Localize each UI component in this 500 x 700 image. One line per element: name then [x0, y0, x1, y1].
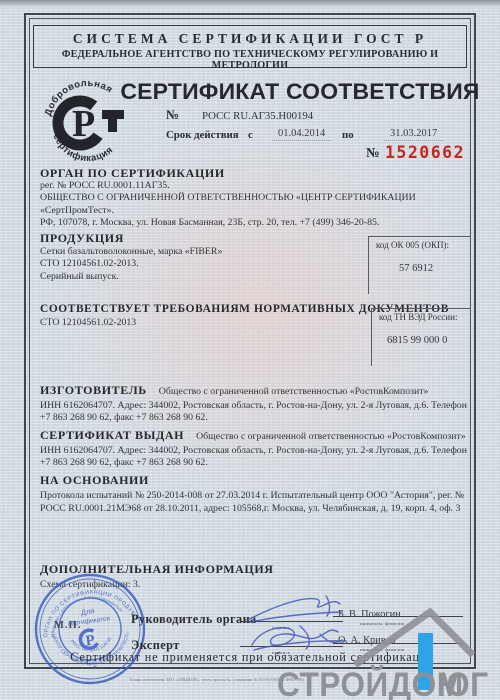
basis-text: Протокола испытаний № 250-2014-008 от 27… [40, 489, 474, 515]
system-title: СИСТЕМА СЕРТИФИКАЦИИ ГОСТ Р [34, 31, 466, 47]
svg-text:Р: Р [72, 103, 95, 145]
valid-from-date: 01.04.2014 [272, 128, 331, 141]
watermark-part2: ЮГ [437, 666, 488, 700]
manufacturer-name: Общество с ограниченной ответственностью… [159, 386, 429, 397]
org-address: РФ, 107078, г. Москва, ул. Новая Басманн… [40, 217, 472, 229]
validity-with-label: с [248, 129, 253, 141]
watermark-roof-icon [345, 595, 485, 675]
agency-title: ФЕДЕРАЛЬНОЕ АГЕНТСТВО ПО ТЕХНИЧЕСКОМУ РЕ… [34, 49, 466, 71]
section-issued-title: СЕРТИФИКАТ ВЫДАН [40, 428, 184, 442]
mp-seal-label: М.П. [54, 620, 81, 631]
validity-po-label: по [342, 129, 354, 141]
tnved-code-value: 6815 99 000 0 [387, 335, 471, 346]
stamp-inner1: Для [80, 606, 95, 617]
certificate-title: СЕРТИФИКАТ СООТВЕТСТВИЯ [118, 79, 481, 105]
valid-to-date: 31.03.2017 [384, 128, 443, 141]
product-block: Сетки базальтоволоконные, марка «FIBER» … [40, 246, 360, 283]
section-basis-title: НА ОСНОВАНИИ [40, 473, 149, 488]
conforms-doc: СТО 12104561.02-2013 [40, 317, 136, 329]
section-org-title: ОРГАН ПО СЕРТИФИКАЦИИ [40, 166, 225, 181]
product-line3: Серийный выпуск. [40, 271, 360, 283]
rst-logo: Добровольная сертификация Р [36, 80, 140, 162]
okp-code-label: код ОК 005 (ОКП): [369, 237, 471, 250]
tnved-code-box: код ТН ВЭД России: 6815 99 000 0 [371, 308, 471, 366]
product-line1: Сетки базальтоволоконные, марка «FIBER» [40, 246, 360, 258]
section-product-title: ПРОДУКЦИЯ [40, 231, 124, 246]
tnved-code-label: код ТН ВЭД России: [372, 309, 471, 322]
section-manufacturer-title: ИЗГОТОВИТЕЛЬ [40, 383, 147, 397]
header-box: СИСТЕМА СЕРТИФИКАЦИИ ГОСТ Р ФЕДЕРАЛЬНОЕ … [33, 25, 467, 68]
manufacturer-block: ИЗГОТОВИТЕЛЬ Общество с ограниченной отв… [40, 381, 476, 425]
issued-to-details: ИНН 6162064707. Адрес: 344002, Ростовска… [40, 445, 476, 470]
validity-label: Срок действия [166, 129, 239, 141]
org-reg: рег. № РОСС RU.0001.11АГ35. [40, 180, 472, 192]
serial-no-label: № [366, 145, 380, 161]
issued-to-block: СЕРТИФИКАТ ВЫДАН Общество с ограниченной… [40, 426, 476, 470]
issued-to-name: Общество с ограниченной ответственностью… [196, 431, 466, 442]
certificate-page: СИСТЕМА СЕРТИФИКАЦИИ ГОСТ Р ФЕДЕРАЛЬНОЕ … [0, 0, 500, 700]
scan-edge [0, 0, 500, 7]
head-signature-scribble [248, 596, 340, 620]
cert-no-label: № [166, 107, 179, 123]
org-name: ОБЩЕСТВО С ОГРАНИЧЕННОЙ ОТВЕТСТВЕННОСТЬЮ… [40, 192, 472, 217]
svg-text:Р: Р [85, 633, 96, 650]
manufacturer-details: ИНН 6162064707. Адрес: 344002, Ростовска… [40, 400, 476, 425]
okp-code-box: код ОК 005 (ОКП): 57 6912 [368, 236, 471, 294]
cert-number: РОСС RU.АГ35.Н00194 [202, 110, 313, 122]
expert-signature-scribble [252, 626, 342, 649]
blank-serial-number: 1520662 [385, 143, 465, 162]
watermark-part1: СТРОЙДОМ [277, 666, 464, 700]
product-line2: СТО 12104561.02-2013. [40, 258, 360, 270]
org-block: рег. № РОСС RU.0001.11АГ35. ОБЩЕСТВО С О… [40, 180, 472, 230]
okp-code-value: 57 6912 [399, 263, 471, 274]
